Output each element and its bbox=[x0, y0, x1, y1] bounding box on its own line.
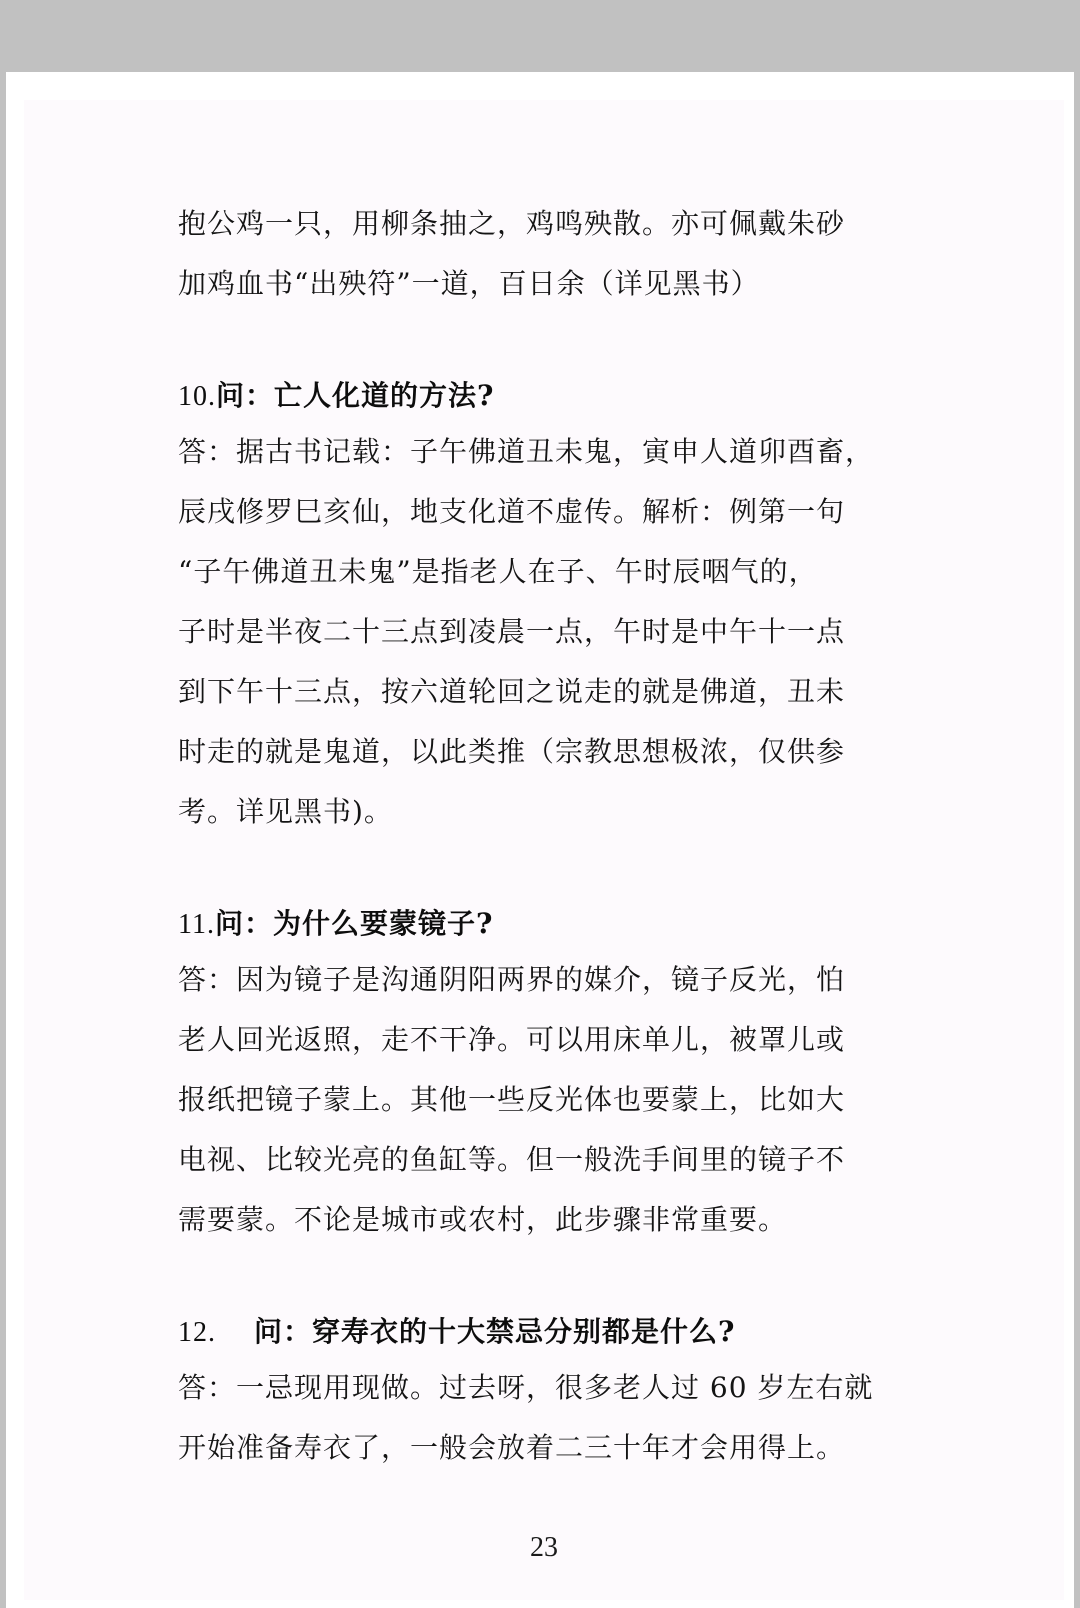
section-heading-10: 10.问：亡人化道的方法? bbox=[178, 376, 494, 417]
answer-line: “子午佛道丑未鬼”是指老人在子、午时辰咽气的， bbox=[178, 552, 818, 592]
answer-line: 子时是半夜二十三点到凌晨一点，午时是中午十一点 bbox=[178, 612, 845, 652]
page-number: 23 bbox=[24, 1532, 1064, 1564]
section-question: 问：为什么要蒙镜子? bbox=[215, 907, 493, 940]
section-number: 12. bbox=[178, 1313, 254, 1353]
intro-line: 加鸡血书“出殃符”一道，百日余（详见黑书） bbox=[178, 264, 760, 304]
page-content-area: 抱公鸡一只，用柳条抽之，鸡鸣殃散。亦可佩戴朱砂 加鸡血书“出殃符”一道，百日余（… bbox=[24, 100, 1064, 1600]
answer-line: 答：据古书记载：子午佛道丑未鬼，寅申人道卯酉畜， bbox=[178, 432, 874, 472]
answer-line: 电视、比较光亮的鱼缸等。但一般洗手间里的镜子不 bbox=[178, 1140, 845, 1180]
intro-line: 抱公鸡一只，用柳条抽之，鸡鸣殃散。亦可佩戴朱砂 bbox=[178, 204, 845, 244]
answer-line: 老人回光返照，走不干净。可以用床单儿，被罩儿或 bbox=[178, 1020, 845, 1060]
answer-line: 答：因为镜子是沟通阴阳两界的媒介，镜子反光，怕 bbox=[178, 960, 845, 1000]
answer-line: 到下午十三点，按六道轮回之说走的就是佛道，丑未 bbox=[178, 672, 845, 712]
answer-line: 辰戌修罗巳亥仙，地支化道不虚传。解析：例第一句 bbox=[178, 492, 845, 532]
answer-line: 考。详见黑书)。 bbox=[178, 792, 393, 832]
answer-line: 需要蒙。不论是城市或农村，此步骤非常重要。 bbox=[178, 1200, 787, 1240]
answer-line: 时走的就是鬼道，以此类推（宗教思想极浓，仅供参 bbox=[178, 732, 845, 772]
section-question: 问：穿寿衣的十大禁忌分别都是什么? bbox=[254, 1315, 735, 1348]
answer-line: 答：一忌现用现做。过去呀，很多老人过 60 岁左右就 bbox=[178, 1368, 873, 1408]
section-heading-12: 12.问：穿寿衣的十大禁忌分别都是什么? bbox=[178, 1312, 735, 1353]
section-question: 问：亡人化道的方法? bbox=[216, 379, 494, 412]
answer-line: 报纸把镜子蒙上。其他一些反光体也要蒙上，比如大 bbox=[178, 1080, 845, 1120]
section-number: 11. bbox=[178, 909, 215, 940]
answer-line: 开始准备寿衣了，一般会放着二三十年才会用得上。 bbox=[178, 1428, 845, 1468]
section-heading-11: 11.问：为什么要蒙镜子? bbox=[178, 904, 493, 945]
document-page: 抱公鸡一只，用柳条抽之，鸡鸣殃散。亦可佩戴朱砂 加鸡血书“出殃符”一道，百日余（… bbox=[6, 72, 1074, 1608]
section-number: 10. bbox=[178, 381, 216, 412]
